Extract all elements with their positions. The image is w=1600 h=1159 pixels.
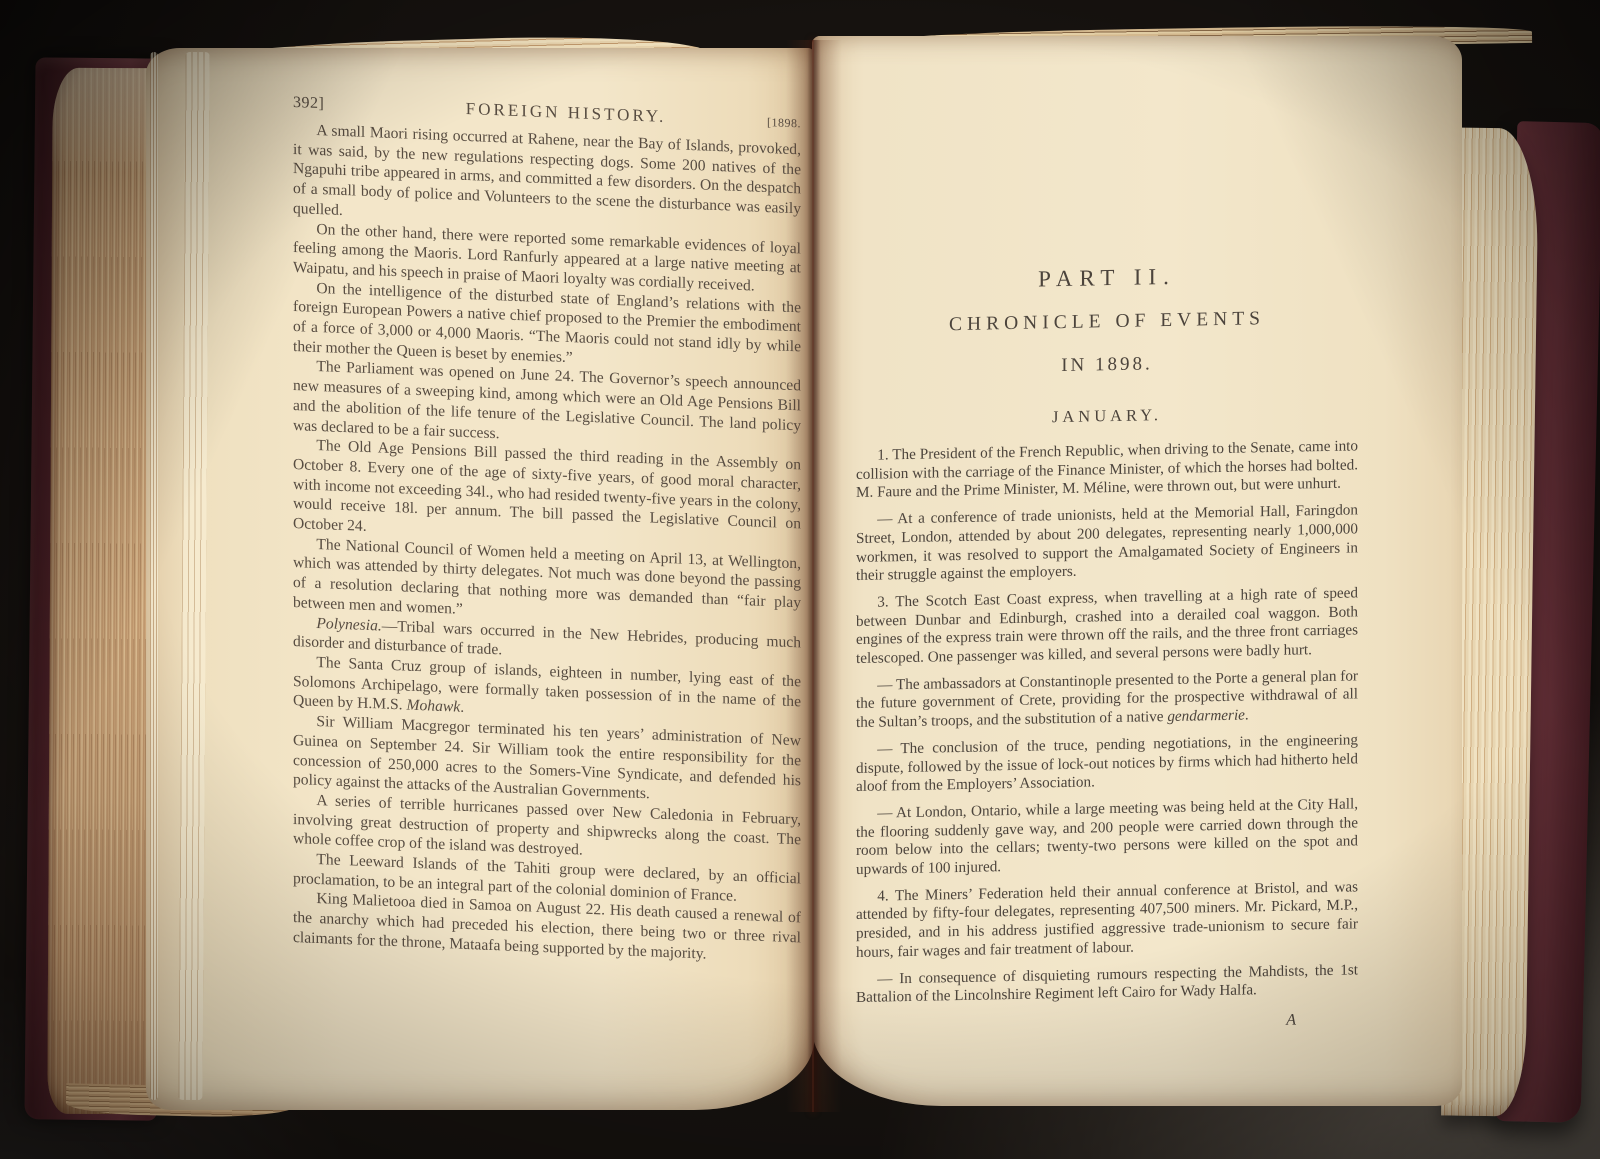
paragraph-text: . [1245, 707, 1249, 724]
left-page-text: 392] FOREIGN HISTORY. [1898. A small Mao… [293, 92, 801, 968]
italic-word: gendarmerie [1167, 707, 1245, 725]
signature-mark: A [856, 1010, 1358, 1038]
left-page: 392] FOREIGN HISTORY. [1898. A small Mao… [146, 48, 814, 1110]
month-heading: JANUARY. [856, 401, 1358, 431]
year-line: IN 1898. [856, 349, 1358, 381]
italic-word: Mohawk [406, 697, 460, 716]
right-page-text: PART II. CHRONICLE OF EVENTS IN 1898. JA… [856, 260, 1358, 1038]
paragraph: — At a conference of trade unionists, he… [856, 501, 1358, 585]
paragraph: — The ambassadors at Constantinople pres… [856, 667, 1358, 733]
part-title: PART II. [856, 260, 1358, 296]
paragraph: 4. The Miners’ Federation held their ann… [856, 878, 1358, 962]
paragraph-text: . [460, 699, 464, 716]
chapter-title: CHRONICLE OF EVENTS [856, 306, 1358, 338]
paragraph: — In consequence of disquieting rumours … [856, 961, 1358, 1008]
italic-lead: Polynesia. [316, 615, 381, 635]
paragraph: 1. The President of the French Republic,… [856, 437, 1358, 503]
left-page-leaf-edges [150, 52, 158, 1100]
paragraph: — The conclusion of the truce, pending n… [856, 731, 1358, 797]
paragraph: — At London, Ontario, while a large meet… [856, 795, 1358, 879]
paragraph: 3. The Scotch East Coast express, when t… [856, 584, 1358, 668]
paragraph-text: — The ambassadors at Constantinople pres… [856, 667, 1358, 731]
page-number: 392] [293, 94, 365, 115]
left-page-leaf-edges [178, 52, 209, 1100]
book-gutter-shadow [786, 40, 842, 1112]
right-page: PART II. CHRONICLE OF EVENTS IN 1898. JA… [812, 36, 1462, 1106]
book-photo-scene: 392] FOREIGN HISTORY. [1898. A small Mao… [0, 0, 1600, 1159]
